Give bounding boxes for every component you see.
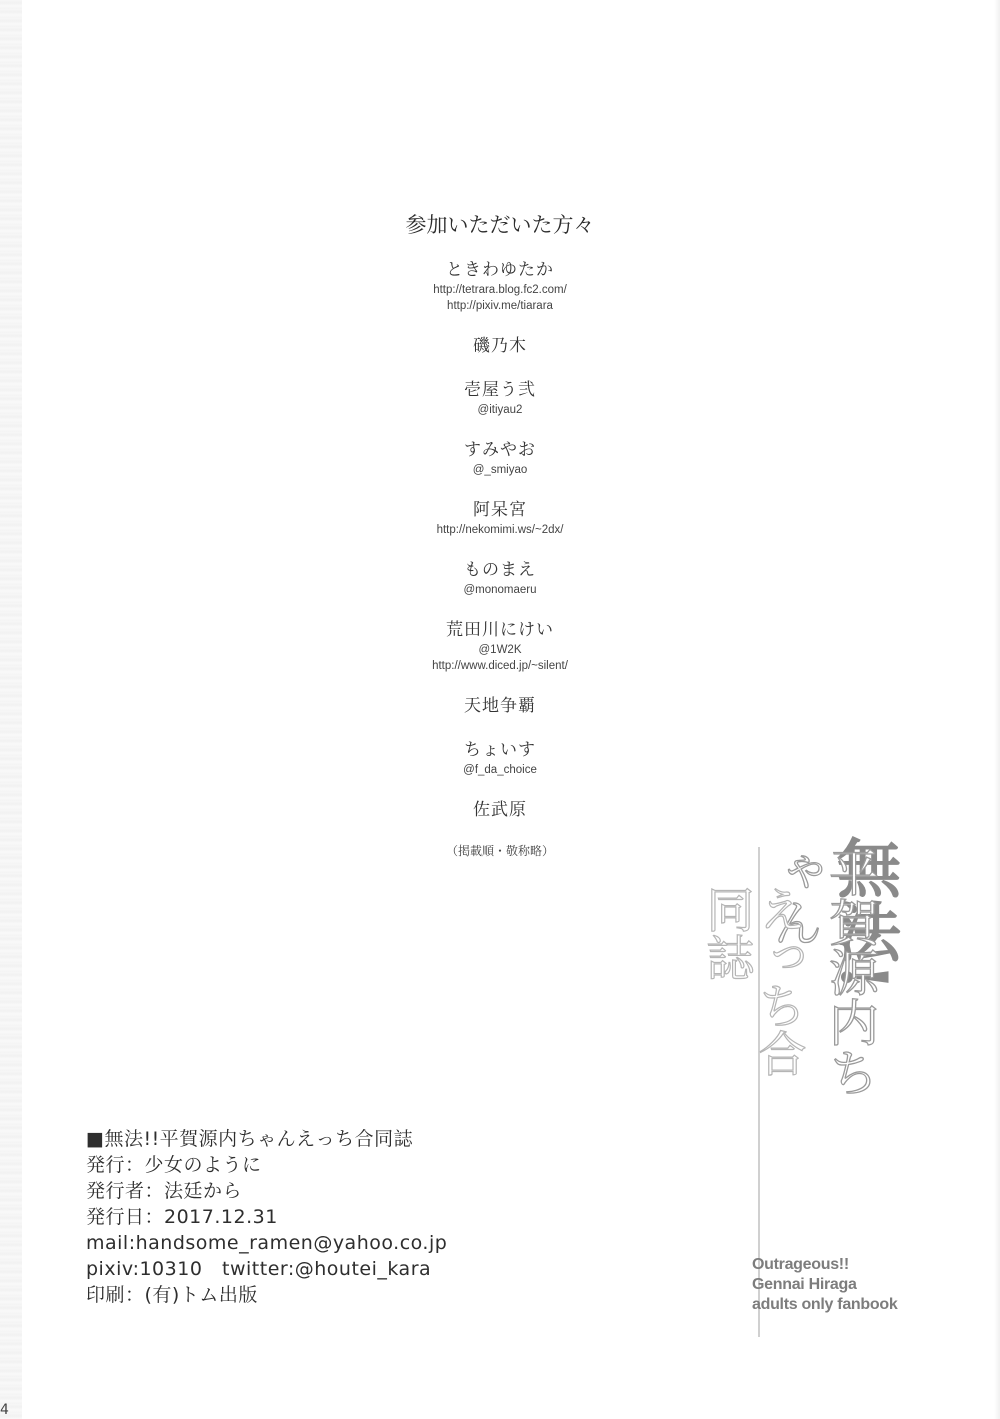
page-number: 4 [0, 1402, 9, 1418]
contributor-name: ときわゆたか [300, 258, 700, 282]
colophon-date: 発行日：2017.12.31 [86, 1204, 447, 1230]
credit-entry: ちょいす @f_da_choice [300, 738, 700, 778]
title-logo: 無法! 平賀源内ちゃん えっち合同誌 [700, 835, 940, 1115]
logo-sub2-text: えっち合同誌 [700, 885, 804, 1115]
credit-entry: 荒田川にけい @1W2K http://www.diced.jp/~silent… [300, 618, 700, 674]
colophon-social: pixiv:10310 twitter:@houtei_kara [86, 1256, 447, 1282]
contributor-name: 壱屋う弐 [300, 378, 700, 402]
colophon-issuer: 発行者：法廷から [86, 1178, 447, 1204]
credit-entry: 阿呆宮 http://nekomimi.ws/~2dx/ [300, 498, 700, 538]
contributor-link: http://www.diced.jp/~silent/ [300, 658, 700, 674]
contributor-link: http://tetrara.blog.fc2.com/ [300, 282, 700, 298]
credit-entry: すみやお @_smiyao [300, 438, 700, 478]
contributor-name: 天地争覇 [300, 694, 700, 718]
credit-entry: 天地争覇 [300, 694, 700, 718]
contributor-link: @itiyau2 [300, 402, 700, 418]
contributor-name: すみやお [300, 438, 700, 462]
credit-entry: 佐武原 [300, 798, 700, 822]
colophon-publisher: 発行：少女のように [86, 1152, 447, 1178]
logo-en-line: adults only fanbook [752, 1295, 897, 1315]
contributor-link: @_smiyao [300, 462, 700, 478]
colophon: ■無法!!平賀源内ちゃんえっち合同誌 発行：少女のように 発行者：法廷から 発行… [86, 1126, 447, 1308]
credit-entry: ときわゆたか http://tetrara.blog.fc2.com/ http… [300, 258, 700, 314]
contributor-name: ちょいす [300, 738, 700, 762]
logo-en-line: Outrageous!! [752, 1255, 897, 1275]
credits-title: 参加いただいた方々 [300, 210, 700, 240]
contributor-link: @monomaeru [300, 582, 700, 598]
credit-entry: 壱屋う弐 @itiyau2 [300, 378, 700, 418]
colophon-title: ■無法!!平賀源内ちゃんえっち合同誌 [86, 1126, 447, 1152]
contributor-name: 阿呆宮 [300, 498, 700, 522]
contributor-name: 磯乃木 [300, 334, 700, 358]
logo-en-line: Gennai Hiraga [752, 1275, 897, 1295]
page-edge-left [0, 0, 22, 1419]
contributor-link: @1W2K [300, 642, 700, 658]
credit-entry: 磯乃木 [300, 334, 700, 358]
credit-entry: ものまえ @monomaeru [300, 558, 700, 598]
colophon-printer: 印刷：(有)トム出版 [86, 1282, 447, 1308]
contributor-name: 佐武原 [300, 798, 700, 822]
contributor-link: http://nekomimi.ws/~2dx/ [300, 522, 700, 538]
colophon-mail: mail:handsome_ramen@yahoo.co.jp [86, 1230, 447, 1256]
credits-note: （掲載順・敬称略） [300, 842, 700, 859]
credits-section: 参加いただいた方々 ときわゆたか http://tetrara.blog.fc2… [300, 210, 700, 859]
page-edge-right [994, 0, 1000, 1419]
contributor-name: 荒田川にけい [300, 618, 700, 642]
logo-english: Outrageous!! Gennai Hiraga adults only f… [752, 1255, 897, 1315]
contributor-name: ものまえ [300, 558, 700, 582]
contributor-link: http://pixiv.me/tiarara [300, 298, 700, 314]
contributor-link: @f_da_choice [300, 762, 700, 778]
